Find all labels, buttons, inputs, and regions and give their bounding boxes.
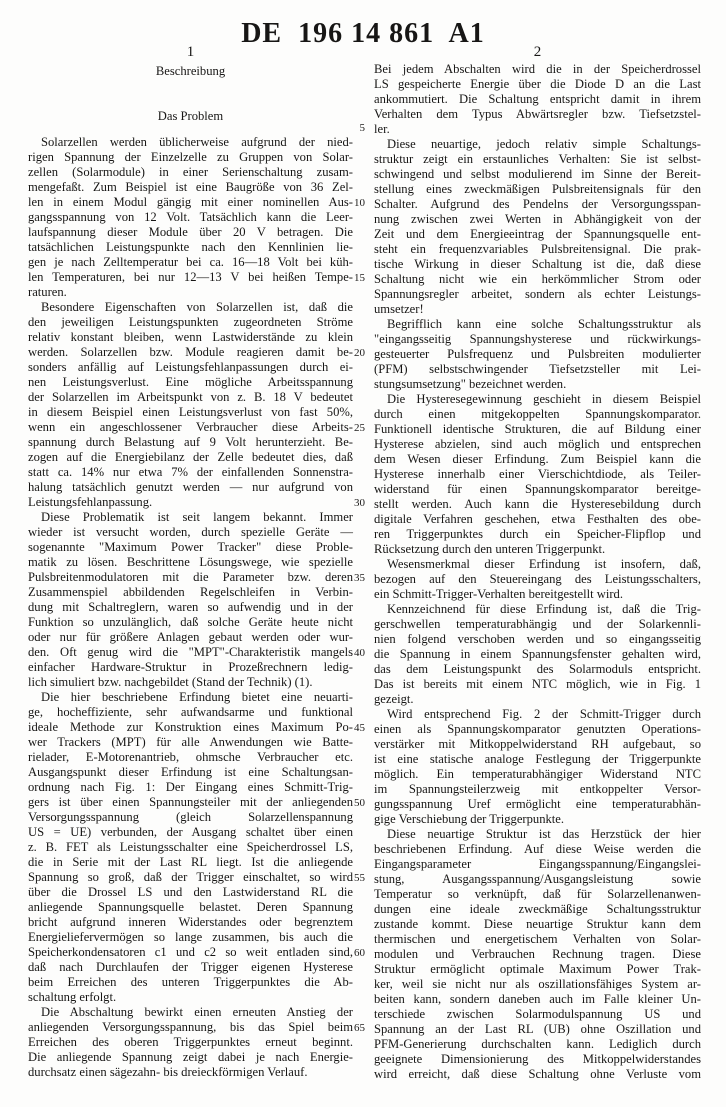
left-column: Beschreibung Das Problem Solarzellen wer…: [28, 64, 353, 1080]
text-line: (PFM) selbstschwingender Tiefsetzsteller…: [374, 362, 701, 377]
text-line: Diese Problematik ist seit langem bekann…: [28, 510, 353, 525]
text-line: gezeigt.: [374, 692, 701, 707]
text-line: das dem Leistungspunkt des Solarmoduls e…: [374, 662, 701, 677]
text-line: Energieliefervermögen so lange zusammen,…: [28, 930, 353, 945]
text-line: modulen und Verbrauchen Rechnung tragen.…: [374, 947, 701, 962]
text-line: Hysterese abzielen, sind auch möglich un…: [374, 437, 701, 452]
text-line: gesteuerter Pulsfrequenz und Pulsbreiten…: [374, 347, 701, 362]
text-line: mengefaßt. Zum Beispiel ist eine Baugröß…: [28, 180, 353, 195]
text-line: anliegenden Versorgungsspannung, bis das…: [28, 1020, 353, 1035]
text-line: Funktionell identische Strukturen, die a…: [374, 422, 701, 437]
text-line: gerschwellen temperaturabhängig und der …: [374, 617, 701, 632]
text-line: US = UE) verbunden, der Ausgang schaltet…: [28, 825, 353, 840]
text-line: die in Serie mit der Last RL liegt. Ist …: [28, 855, 353, 870]
text-line: dungen eine ideale zweckmäßige Schaltung…: [374, 902, 701, 917]
text-line: im Spannungsteilerzweig mit entkoppelter…: [374, 782, 701, 797]
paragraph: Bei jedem Abschalten wird die in der Spe…: [374, 62, 701, 137]
text-line: Spannung so groß, daß der Trigger einsch…: [28, 870, 353, 885]
paragraph: Die hier beschriebene Erfindung bietet e…: [28, 690, 353, 1005]
text-line: relativ konstant bleiben, wenn Lastwider…: [28, 330, 353, 345]
text-line: ideale Methode zur Konstruktion eines Ma…: [28, 720, 353, 735]
text-line: Struktur ermöglicht optimale Maximum Pow…: [374, 962, 701, 977]
text-line: verstärker mit Mitkoppelwiderstand RH au…: [374, 737, 701, 752]
text-line: den jeweiligen Leistungspunkten zugeordn…: [28, 315, 353, 330]
text-line: spannung durch Belastung auf 9 Volt heru…: [28, 435, 353, 450]
paragraph: Kennzeichnend für diese Erfindung ist, d…: [374, 602, 701, 707]
right-column: Bei jedem Abschalten wird die in der Spe…: [374, 62, 701, 1082]
text-line: nen Leistungsverlust. Eine mögliche Arbe…: [28, 375, 353, 390]
paragraph: Wird entsprechend Fig. 2 der Schmitt-Tri…: [374, 707, 701, 827]
paragraph: Besondere Eigenschaften von Solarzellen …: [28, 300, 353, 510]
text-line: durch einen mitgekoppelten Spannungskomp…: [374, 407, 701, 422]
text-line: statt ca. 14% nur etwa 7% der einfallend…: [28, 465, 353, 480]
paragraph: Diese Problematik ist seit langem bekann…: [28, 510, 353, 690]
text-line: Funktion so unzulänglich, daß solche Ger…: [28, 615, 353, 630]
text-line: dem Wesen dieser Erfindung. Zum Beispiel…: [374, 452, 701, 467]
text-line: zustande kommt. Diese neuartige Struktur…: [374, 917, 701, 932]
text-line: beiten kann, sondern daneben auch im Fal…: [374, 992, 701, 1007]
text-line: stellung eines zweckmäßigen Pulsbreitens…: [374, 182, 701, 197]
text-line: z. B. FET als Leistungsschalter eine Spe…: [28, 840, 353, 855]
paragraph: Die Abschaltung bewirkt einen erneuten A…: [28, 1005, 353, 1080]
text-line: zogen auf die Energiebilanz der Zelle be…: [28, 450, 353, 465]
text-line: LS gespeicherte Energie über die Diode D…: [374, 77, 701, 92]
text-line: digitale Verfahren geschehen, etwa Festh…: [374, 512, 701, 527]
text-line: gen je nach Zelltemperatur bei ca. 16—18…: [28, 255, 353, 270]
text-line: wird erreicht, daß diese Schaltung ohne …: [374, 1067, 701, 1082]
text-line: tische Wirkung in dieser Schaltung ist d…: [374, 257, 701, 272]
paragraph: Diese neuartige Struktur ist das Herzstü…: [374, 827, 701, 1082]
text-line: Zusammenspiel abbildenden Regelschleifen…: [28, 585, 353, 600]
text-line: bricht aufgrund inneren Widerstandes ode…: [28, 915, 353, 930]
text-line: Diese neuartige, jedoch relativ simple S…: [374, 137, 701, 152]
text-line: widerstand für einen Spannungskomparator…: [374, 482, 701, 497]
text-line: einen als Spannungskomparator genutzten …: [374, 722, 701, 737]
text-line: beschriebenen Erfindung. Auf diese Weise…: [374, 842, 701, 857]
text-line: Das ist bereits mit einem NTC möglich, w…: [374, 677, 701, 692]
text-line: Pulsbreitenmodulatoren mit die Parameter…: [28, 570, 353, 585]
text-line: gige Verschiebung der Triggerpunkte.: [374, 812, 701, 827]
text-line: ren Triggerpunktes durch ein Speicher-Fl…: [374, 527, 701, 542]
text-line: Versorgungsspannung (gleich Solarzellens…: [28, 810, 353, 825]
text-line: Besondere Eigenschaften von Solarzellen …: [28, 300, 353, 315]
text-line: Bei jedem Abschalten wird die in der Spe…: [374, 62, 701, 77]
text-line: "eingangsseitig Spannungshysterese und r…: [374, 332, 701, 347]
text-line: tatsächlichen Leistungspunkte nach den K…: [28, 240, 353, 255]
text-line: stung, Ausgangsspannung/Ausgangsleistung…: [374, 872, 701, 887]
text-line: halung tatsächlich genutzt werden — nur …: [28, 480, 353, 495]
text-line: in diesem Beispiel einen Leistungsverlus…: [28, 405, 353, 420]
text-line: PFM-Generierung durchschalten kann. Ledi…: [374, 1037, 701, 1052]
text-line: ist eine statische analoge Festlegung de…: [374, 752, 701, 767]
text-line: Wird entsprechend Fig. 2 der Schmitt-Tri…: [374, 707, 701, 722]
text-line: den. Oft genug wird die "MPT"-Charakteri…: [28, 645, 353, 660]
text-line: Schalter. Aufgrund des Pendelns der Vers…: [374, 197, 701, 212]
text-line: Diese neuartige Struktur ist das Herzstü…: [374, 827, 701, 842]
text-line: Speicherkondensatoren c1 und c2 so weit …: [28, 945, 353, 960]
text-line: sonders anfällig auf Leistungsfehlanpass…: [28, 360, 353, 375]
text-line: Temperatur so verknüpft, daß für Solarze…: [374, 887, 701, 902]
text-line: gers ist über einen Spannungsteiler mit …: [28, 795, 353, 810]
text-line: ler.: [374, 122, 701, 137]
description-heading: Beschreibung: [28, 64, 353, 79]
text-line: Solarzellen werden üblicherweise aufgrun…: [28, 135, 353, 150]
text-line: steht ein frequenzvariables Pulsbreitens…: [374, 242, 701, 257]
text-line: struktur zeigt ein erstaunliches Verhalt…: [374, 152, 701, 167]
text-line: ein Schmitt-Trigger-Verhalten bereitgest…: [374, 587, 701, 602]
text-line: Begrifflich kann eine solche Schaltungss…: [374, 317, 701, 332]
text-line: Spannungsregler arbeitet, sondern als ec…: [374, 287, 701, 302]
text-line: nien folgend verschoben werden und so ei…: [374, 632, 701, 647]
text-line: gungsspannung Uref ermöglicht eine tempe…: [374, 797, 701, 812]
text-line: daß nach Durchlaufen der Trigger eigenen…: [28, 960, 353, 975]
text-line: wieder ist versucht worden, durch spezie…: [28, 525, 353, 540]
text-line: rigen Spannung der Einzelzelle zu Gruppe…: [28, 150, 353, 165]
text-line: beim Erreichen des unteren Triggerpunkte…: [28, 975, 353, 990]
text-line: Die Hysteresegewinnung geschieht in dies…: [374, 392, 701, 407]
paragraph: Solarzellen werden üblicherweise aufgrun…: [28, 135, 353, 300]
text-line: durchsatz einen sägezahn- bis dreieckför…: [28, 1065, 353, 1080]
text-line: Ausgangspunkt dieser Erfindung ist eine …: [28, 765, 353, 780]
patent-page: DE 196 14 861 A1 1 2 5101520253035404550…: [0, 0, 726, 1107]
text-line: der Solarzellen im Arbeitspunkt von z. B…: [28, 390, 353, 405]
text-line: bezogen auf den Steuereingang des Leistu…: [374, 572, 701, 587]
text-line: wenn ein angeschlossener Verbraucher die…: [28, 420, 353, 435]
text-line: Die anliegende Spannung zeigt dabei je n…: [28, 1050, 353, 1065]
text-line: Leistungsfehlanpassung.: [28, 495, 353, 510]
text-line: len in einem Modul gängig mit einer nomi…: [28, 195, 353, 210]
paragraph: Die Hysteresegewinnung geschieht in dies…: [374, 392, 701, 557]
problem-heading: Das Problem: [28, 109, 353, 124]
text-line: wer Trackers (MPT) für alle Anwendungen …: [28, 735, 353, 750]
text-line: Wesensmerkmal dieser Erfindung ist insof…: [374, 557, 701, 572]
column-number-right: 2: [374, 44, 701, 61]
paragraph: Wesensmerkmal dieser Erfindung ist insof…: [374, 557, 701, 602]
text-line: thermischen und energetischem Verhalten …: [374, 932, 701, 947]
text-line: stellt werden. Auch kann die Hysteresebi…: [374, 497, 701, 512]
text-line: Schaltung nicht wie ein herkömmlicher St…: [374, 272, 701, 287]
column-number-left: 1: [28, 44, 353, 61]
text-line: Die hier beschriebene Erfindung bietet e…: [28, 690, 353, 705]
text-line: Spannung an der Last RL (UB) ohne Oszill…: [374, 1022, 701, 1037]
text-line: nung zwischen zwei Werten in Abhängigkei…: [374, 212, 701, 227]
text-line: Eingangsparameter Eingangsspannung/Einga…: [374, 857, 701, 872]
text-line: anliegende Spannungsquelle belastet. Der…: [28, 900, 353, 915]
text-line: lich simuliert bzw. nachgebildet (Stand …: [28, 675, 353, 690]
text-line: Zeit und dem Energieeintrag der Spannung…: [374, 227, 701, 242]
text-line: zellen (Solarmodule) in einer Serienscha…: [28, 165, 353, 180]
text-line: ordnung nach Fig. 1: Der Eingang eines S…: [28, 780, 353, 795]
text-line: raturen.: [28, 285, 353, 300]
paragraph: Diese neuartige, jedoch relativ simple S…: [374, 137, 701, 317]
text-line: oder nur für größere Anlagen gebaut werd…: [28, 630, 353, 645]
text-line: terschiede zwischen Solarmodulspannung U…: [374, 1007, 701, 1022]
text-line: die Spannung in einem Spannungsfenster g…: [374, 647, 701, 662]
text-line: Die Abschaltung bewirkt einen erneuten A…: [28, 1005, 353, 1020]
text-line: rielader, E-Motorenantrieb, ohmsche Verb…: [28, 750, 353, 765]
text-line: Rücksetzung durch den unteren Triggerpun…: [374, 542, 701, 557]
text-line: einfacher Hardware-Struktur in Prozeßrec…: [28, 660, 353, 675]
text-line: Verhalten dem Typus Abwärtsregler bzw. T…: [374, 107, 701, 122]
text-line: geeignete Dimensionierung des Mitkoppelw…: [374, 1052, 701, 1067]
text-line: über die Drossel LS und den Lastwidersta…: [28, 885, 353, 900]
text-line: schaltung erfolgt.: [28, 990, 353, 1005]
text-line: umsetzer!: [374, 302, 701, 317]
text-line: stungsumsetzung" bezeichnet werden.: [374, 377, 701, 392]
text-line: schwingend und selbst modulierend im Sin…: [374, 167, 701, 182]
text-line: ge, hocheffiziente, sehr aufwandsarme un…: [28, 705, 353, 720]
text-line: len Temperaturen, bei nur 12—13 V bei he…: [28, 270, 353, 285]
text-line: werden. Solarzellen bzw. Module reagiere…: [28, 345, 353, 360]
text-line: matik zu lösen. Beschrittene Lösungswege…: [28, 555, 353, 570]
text-line: dung mit Schaltreglern, waren so aufwend…: [28, 600, 353, 615]
text-line: sogenannte "Maximum Power Tracker" diese…: [28, 540, 353, 555]
text-line: ankommutiert. Die Schaltung entspricht d…: [374, 92, 701, 107]
text-line: Hysterese innerhalb einer Vierschichtdio…: [374, 467, 701, 482]
text-line: ker, weil sie nicht nur als oszillations…: [374, 977, 701, 992]
text-line: gangsspannung von 12 Volt. Tatsächlich k…: [28, 210, 353, 225]
paragraph: Begrifflich kann eine solche Schaltungss…: [374, 317, 701, 392]
text-line: Erreichen des oberen Triggerpunktes erne…: [28, 1035, 353, 1050]
text-line: laufspannung dieser Module über 20 V bet…: [28, 225, 353, 240]
text-line: möglich. Ein temperaturabhängiger Widers…: [374, 767, 701, 782]
text-line: Kennzeichnend für diese Erfindung ist, d…: [374, 602, 701, 617]
